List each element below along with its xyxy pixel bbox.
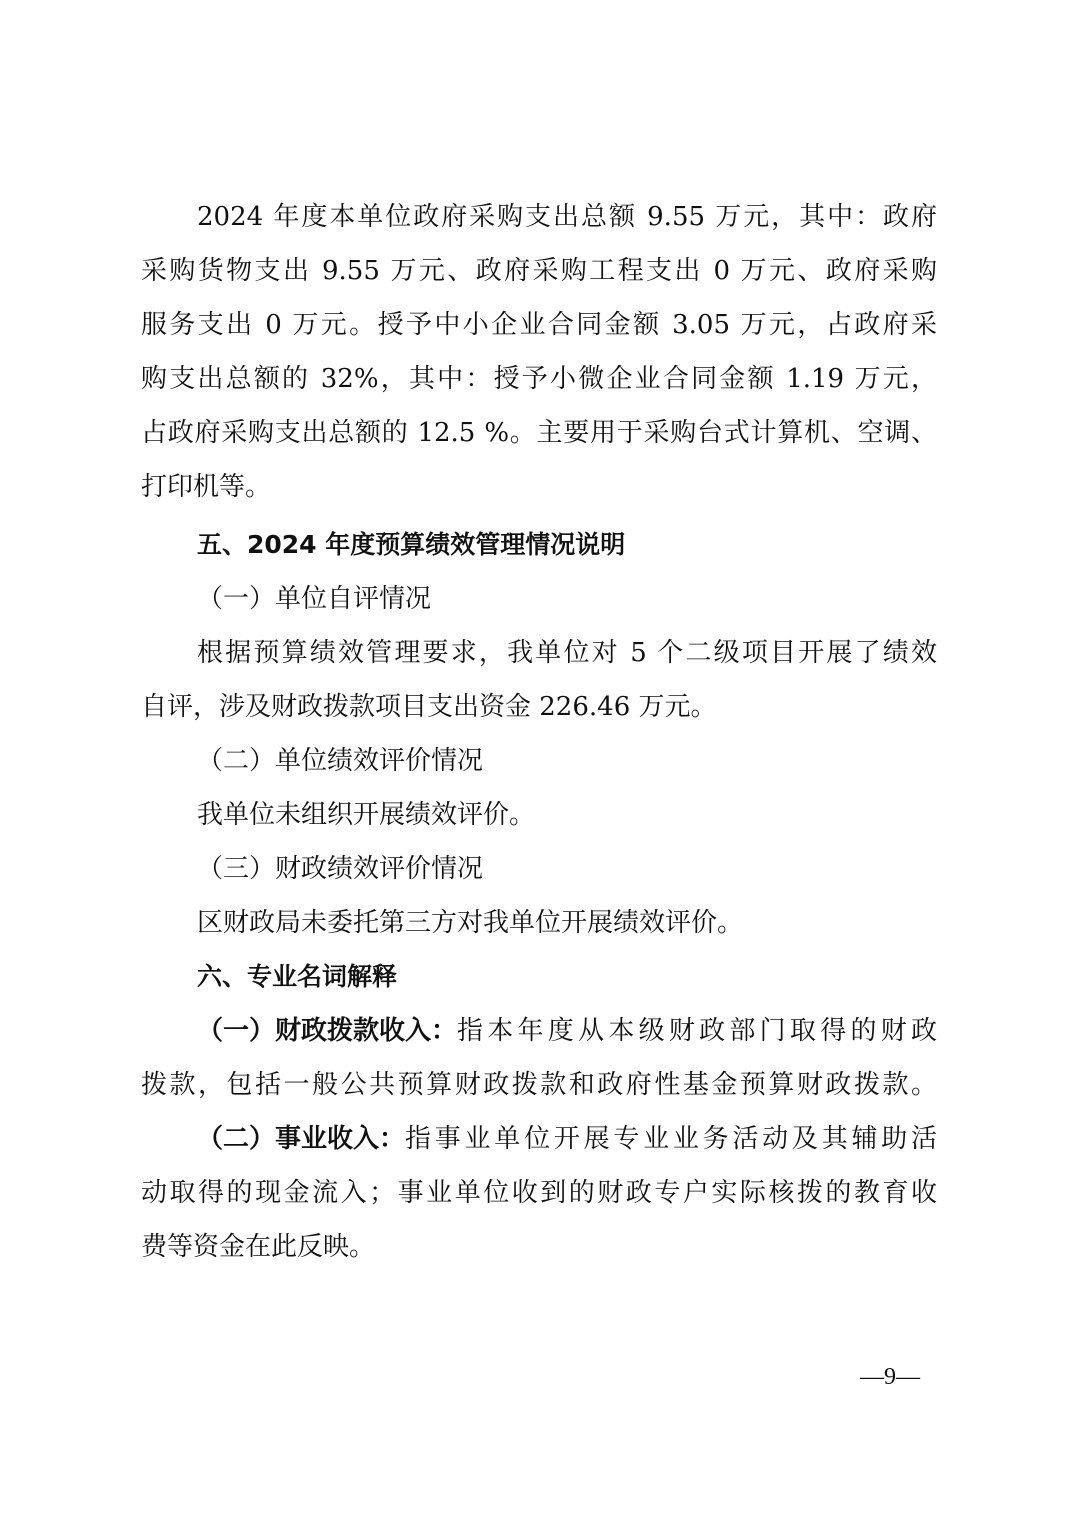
procurement-paragraph-line-5: 占政府采购支出总额的 12.5 %。主要用于采购台式计算机、空调、 [141,415,937,451]
procurement-paragraph-line-4: 购支出总额的 32%，其中：授予小微企业合同金额 1.19 万元， [141,361,937,397]
section-5-sub-1-line-2: 自评，涉及财政拨款项目支出资金 226.46 万元。 [141,689,717,725]
section-5-sub-3-text: 区财政局未委托第三方对我单位开展绩效评价。 [197,905,743,941]
section-5-sub-3-heading: （三）财政绩效评价情况 [197,851,483,887]
term-1-label: （一）财政拨款收入： [197,1013,457,1049]
section-5-heading: 五、2024 年度预算绩效管理情况说明 [197,527,625,563]
term-1-line-1: （一）财政拨款收入： 指本年度从本级财政部门取得的财政 [197,1013,937,1049]
section-6-heading: 六、专业名词解释 [197,959,397,995]
term-2-line-1: （二）事业收入： 指事业单位开展专业业务活动及其辅助活 [197,1121,937,1157]
page-number: —9— [860,1362,920,1392]
section-5-sub-2-heading: （二）单位绩效评价情况 [197,743,483,779]
section-5-sub-1-heading: （一）单位自评情况 [197,581,431,617]
term-2-line-2: 动取得的现金流入；事业单位收到的财政专户实际核拨的教育收 [141,1175,937,1211]
section-5-sub-2-text: 我单位未组织开展绩效评价。 [197,797,535,833]
term-1-line-2: 拨款，包括一般公共预算财政拨款和政府性基金预算财政拨款。 [141,1067,937,1103]
term-2-line-3: 费等资金在此反映。 [141,1229,375,1265]
term-1-definition-start: 指本年度从本级财政部门取得的财政 [457,1013,937,1049]
term-2-label: （二）事业收入： [197,1121,405,1157]
procurement-paragraph-line-3: 服务支出 0 万元。授予中小企业合同金额 3.05 万元，占政府采 [141,307,937,343]
procurement-paragraph-line-1: 2024 年度本单位政府采购支出总额 9.55 万元，其中：政府 [197,199,937,235]
term-2-definition-start: 指事业单位开展专业业务活动及其辅助活 [405,1121,937,1157]
section-5-sub-1-line-1: 根据预算绩效管理要求，我单位对 5 个二级项目开展了绩效 [197,635,937,671]
procurement-paragraph-line-6: 打印机等。 [141,469,271,505]
procurement-paragraph-line-2: 采购货物支出 9.55 万元、政府采购工程支出 0 万元、政府采购 [141,253,937,289]
